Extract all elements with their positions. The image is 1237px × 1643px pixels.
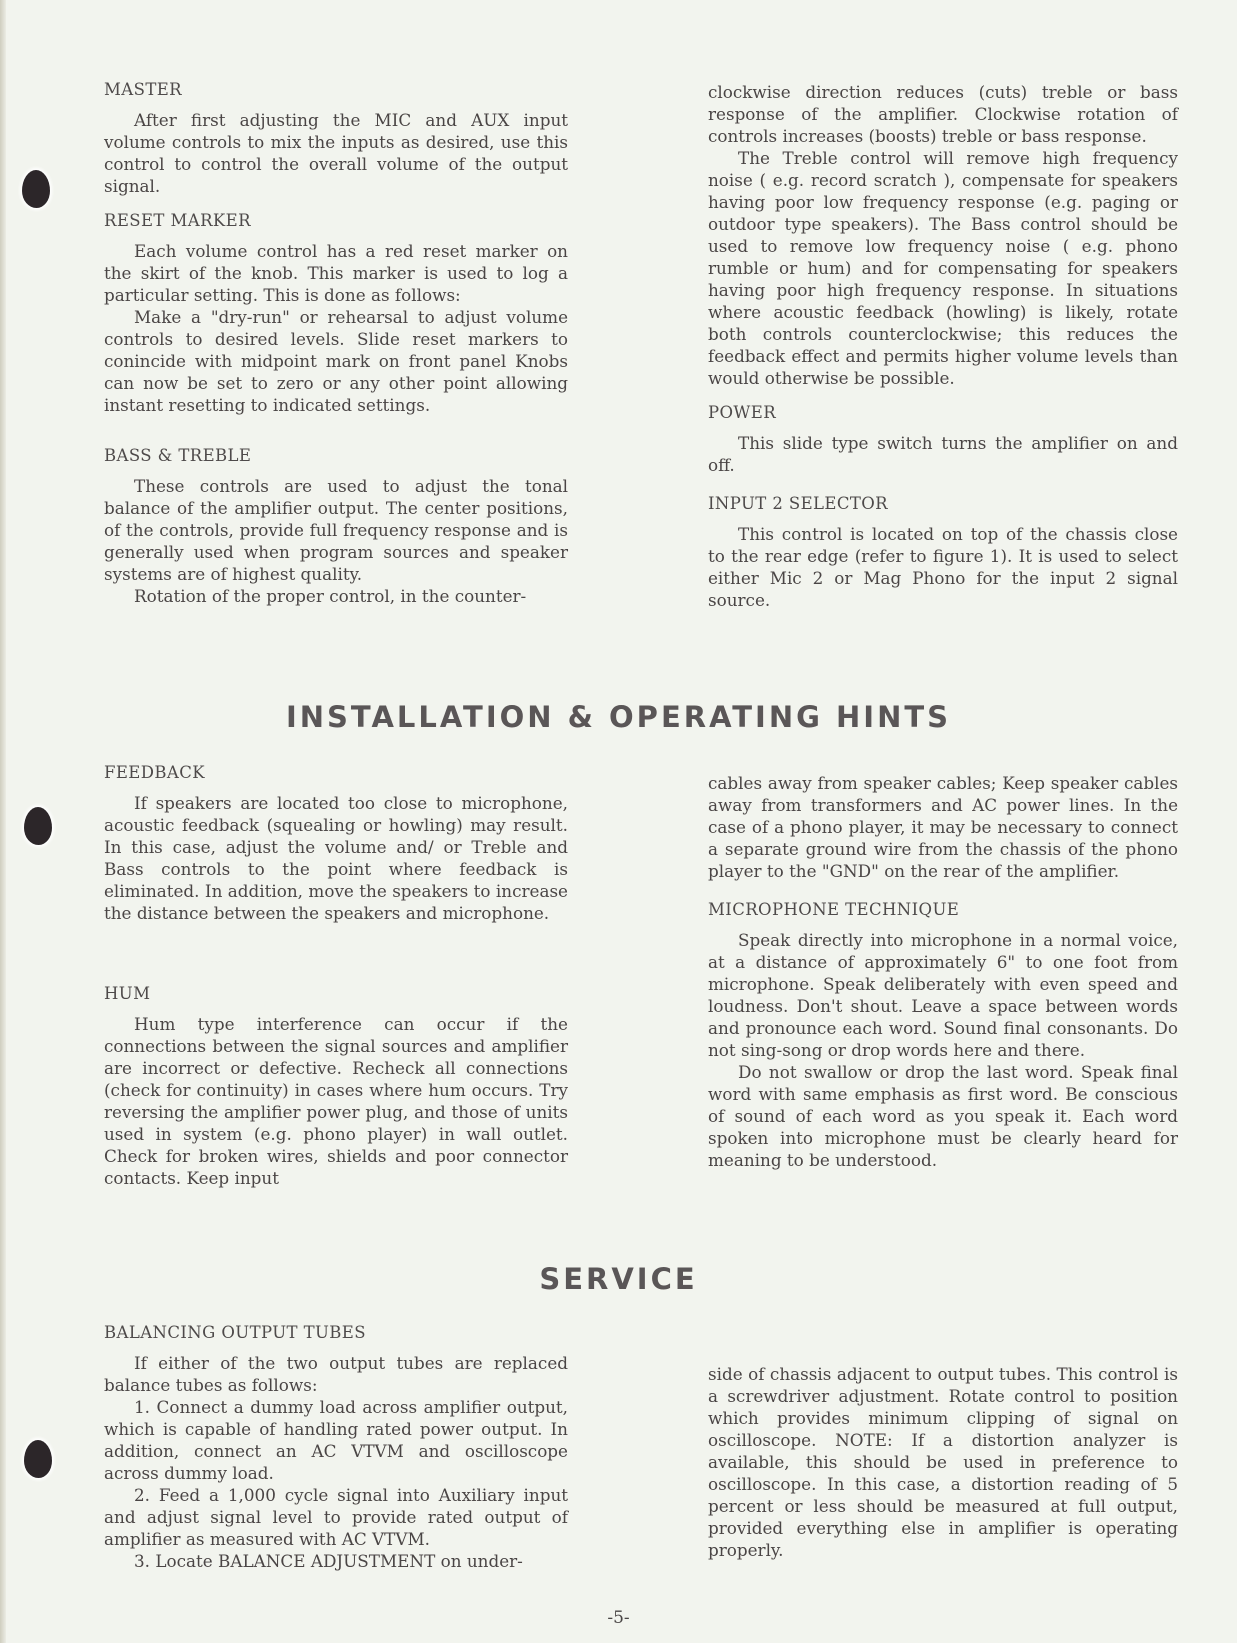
controls-left-column: MASTER After first adjusting the MIC and…	[104, 80, 568, 607]
punch-hole-middle	[24, 807, 52, 845]
paragraph: 1. Connect a dummy load across amplifier…	[104, 1396, 568, 1484]
installation-banner: INSTALLATION & OPERATING HINTS	[0, 700, 1237, 734]
paragraph: 3. Locate BALANCE ADJUSTMENT on under-	[104, 1550, 568, 1572]
paragraph: side of chassis adjacent to output tubes…	[708, 1363, 1178, 1561]
section-heading: RESET MARKER	[104, 211, 568, 230]
paragraph: The Treble control will remove high freq…	[708, 147, 1178, 389]
paragraph: clockwise direction reduces (cuts) trebl…	[708, 81, 1178, 147]
punch-hole-bottom	[24, 1440, 52, 1478]
service-banner: SERVICE	[0, 1262, 1237, 1296]
paragraph: This slide type switch turns the amplifi…	[708, 432, 1178, 476]
section-bass-treble-continued: clockwise direction reduces (cuts) trebl…	[708, 81, 1178, 389]
section-heading: HUM	[104, 984, 568, 1003]
paragraph: If speakers are located too close to mic…	[104, 792, 568, 924]
paragraph: cables away from speaker cables; Keep sp…	[708, 772, 1178, 882]
paragraph: Make a "dry-run" or rehearsal to adjust …	[104, 306, 568, 416]
section-heading: INPUT 2 SELECTOR	[708, 494, 1178, 513]
installation-right-column: cables away from speaker cables; Keep sp…	[708, 772, 1178, 1171]
section-power: POWER This slide type switch turns the a…	[708, 403, 1178, 476]
section-heading: BASS & TREBLE	[104, 446, 568, 465]
page-number: -5-	[0, 1608, 1237, 1628]
controls-right-column: clockwise direction reduces (cuts) trebl…	[708, 81, 1178, 611]
section-bass-treble: BASS & TREBLE These controls are used to…	[104, 446, 568, 607]
section-hum: HUM Hum type interference can occur if t…	[104, 984, 568, 1189]
installation-left-column: FEEDBACK If speakers are located too clo…	[104, 763, 568, 1189]
section-heading: MICROPHONE TECHNIQUE	[708, 900, 1178, 919]
section-master: MASTER After first adjusting the MIC and…	[104, 80, 568, 197]
paragraph: If either of the two output tubes are re…	[104, 1352, 568, 1396]
section-input2-selector: INPUT 2 SELECTOR This control is located…	[708, 494, 1178, 611]
paragraph: This control is located on top of the ch…	[708, 523, 1178, 611]
paragraph: Do not swallow or drop the last word. Sp…	[708, 1061, 1178, 1171]
section-feedback: FEEDBACK If speakers are located too clo…	[104, 763, 568, 924]
paragraph: After first adjusting the MIC and AUX in…	[104, 109, 568, 197]
section-balancing-output-tubes: BALANCING OUTPUT TUBES If either of the …	[104, 1323, 568, 1572]
paragraph: Hum type interference can occur if the c…	[104, 1013, 568, 1189]
section-heading: FEEDBACK	[104, 763, 568, 782]
section-reset-marker: RESET MARKER Each volume control has a r…	[104, 211, 568, 416]
section-heading: MASTER	[104, 80, 568, 99]
paragraph: These controls are used to adjust the to…	[104, 475, 568, 585]
punch-hole-top	[22, 170, 50, 208]
service-right-column: side of chassis adjacent to output tubes…	[708, 1363, 1178, 1561]
page-edge	[0, 0, 6, 1643]
paragraph: Speak directly into microphone in a norm…	[708, 929, 1178, 1061]
service-left-column: BALANCING OUTPUT TUBES If either of the …	[104, 1323, 568, 1572]
paragraph: Each volume control has a red reset mark…	[104, 240, 568, 306]
paragraph: 2. Feed a 1,000 cycle signal into Auxili…	[104, 1484, 568, 1550]
section-heading: BALANCING OUTPUT TUBES	[104, 1323, 568, 1342]
section-heading: POWER	[708, 403, 1178, 422]
section-microphone-technique: MICROPHONE TECHNIQUE Speak directly into…	[708, 900, 1178, 1171]
paragraph: Rotation of the proper control, in the c…	[104, 585, 568, 607]
